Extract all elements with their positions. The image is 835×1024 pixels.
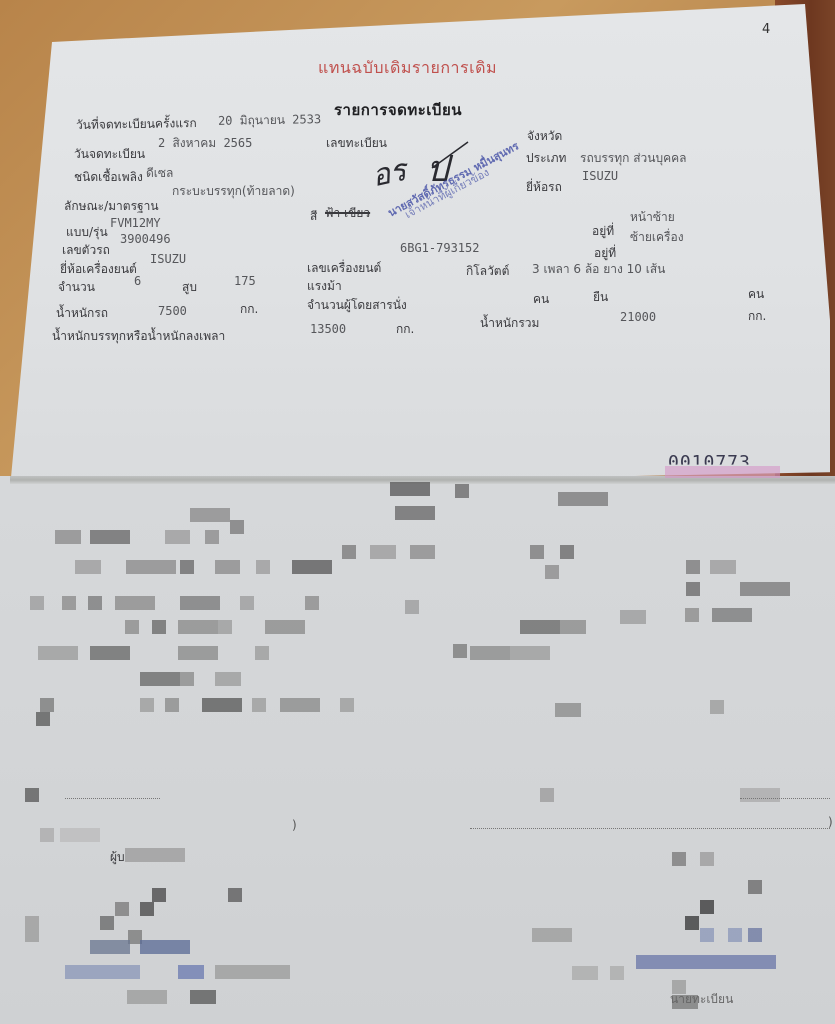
- redaction-pixel: [115, 902, 129, 916]
- chassis-location-value: หน้าซ้าย: [630, 208, 675, 227]
- redaction-pixel: [36, 712, 50, 726]
- cylinders-value: 6: [134, 274, 141, 288]
- redaction-pixel: [40, 698, 54, 712]
- redaction-pixel: [190, 990, 216, 1004]
- redaction-pixel: [712, 608, 752, 622]
- vehicle-weight-value: 7500: [158, 304, 187, 318]
- redaction-pixel: [140, 698, 154, 712]
- redaction-pixel: [728, 928, 742, 942]
- first-registration-label: วันที่จดทะเบียนครั้งแรก: [76, 114, 197, 135]
- engine-number-value: 6BG1-793152: [400, 241, 479, 255]
- redaction-pixel: [205, 530, 219, 544]
- dotted-line: [470, 828, 830, 829]
- redaction-pixel: [90, 646, 130, 660]
- redaction-pixel: [636, 955, 776, 969]
- redaction-pixel: [215, 560, 240, 574]
- dotted-line: [740, 798, 830, 799]
- passengers-label: จำนวนผู้โดยสารนั่ง: [307, 296, 407, 315]
- redaction-pixel: [700, 852, 714, 866]
- section-title: รายการจดทะเบียน: [334, 98, 462, 122]
- redaction-pixel: [215, 965, 290, 979]
- redaction-pixel: [532, 928, 572, 942]
- fuel-type-label: ชนิดเชื้อเพลิง: [74, 168, 143, 187]
- redaction-pixel: [125, 620, 139, 634]
- redaction-pixel: [127, 990, 167, 1004]
- redaction-pixel: [470, 646, 510, 660]
- redaction-pixel: [140, 672, 180, 686]
- standing-label: ยืน: [593, 288, 608, 307]
- engine-number-label: เลขเครื่องยนต์: [307, 259, 381, 278]
- redaction-pixel: [453, 644, 467, 658]
- color-label: สี: [310, 207, 317, 226]
- cylinders-label: จำนวน: [58, 278, 95, 297]
- color-value-struck: ฟ้า เขียว: [325, 204, 370, 223]
- redaction-pixel: [280, 698, 320, 712]
- redaction-pixel: [710, 700, 724, 714]
- redaction-pixel: [685, 916, 699, 930]
- redaction-pixel: [686, 582, 700, 596]
- supplement-title: แทนฉบับเดิมรายการเดิม: [318, 56, 497, 81]
- redaction-pixel: [180, 596, 220, 610]
- redaction-pixel: [748, 928, 762, 942]
- redaction-pixel: [560, 545, 574, 559]
- redaction-pixel: [256, 560, 270, 574]
- redaction-pixel: [740, 582, 790, 596]
- redaction-pixel: [60, 828, 100, 842]
- redaction-pixel: [700, 928, 714, 942]
- redaction-pixel: [455, 484, 469, 498]
- cylinders-unit: สูบ: [182, 278, 197, 297]
- redaction-pixel: [178, 965, 204, 979]
- redaction-pixel: [700, 900, 714, 914]
- redaction-pixel: [255, 646, 269, 660]
- redaction-pixel: [240, 596, 254, 610]
- chassis-number-label: เลขตัวรถ: [62, 241, 110, 260]
- redaction-pixel: [40, 828, 54, 842]
- vehicle-weight-label: น้ำหนักรถ: [56, 304, 108, 323]
- redaction-pixel: [38, 646, 78, 660]
- redaction-pixel: [178, 620, 218, 634]
- registration-date-label: วันจดทะเบียน: [74, 145, 145, 164]
- kilowatt-label: กิโลวัตต์: [466, 262, 509, 281]
- passengers-unit: คน: [533, 290, 549, 309]
- redaction-pixel: [25, 916, 39, 942]
- redaction-pixel: [748, 880, 762, 894]
- redaction-pixel: [686, 560, 700, 574]
- redaction-pixel: [710, 560, 736, 574]
- closing-paren: ): [292, 818, 297, 832]
- body-style-value: กระบะบรรทุก(ท้ายลาด): [172, 182, 295, 201]
- redaction-pixel: [405, 600, 419, 614]
- redaction-pixel: [545, 565, 559, 579]
- redaction-pixel: [100, 916, 114, 930]
- payload-weight-value: 13500: [310, 322, 346, 336]
- vehicle-weight-unit: กก.: [240, 300, 258, 319]
- redaction-pixel: [520, 620, 560, 634]
- redaction-pixel: [126, 560, 176, 574]
- redaction-pixel: [572, 966, 598, 980]
- redaction-pixel: [672, 852, 686, 866]
- redaction-pixel: [88, 596, 102, 610]
- redaction-pixel: [530, 545, 544, 559]
- redaction-pixel: [305, 596, 319, 610]
- redaction-pixel: [218, 620, 232, 634]
- engine-brand-label: ยี่ห้อเครื่องยนต์: [60, 260, 137, 279]
- redaction-pixel: [90, 940, 130, 954]
- redaction-pixel: [610, 966, 624, 980]
- gross-weight-label: น้ำหนักรวม: [480, 314, 539, 333]
- redaction-pixel: [152, 888, 166, 902]
- redaction-pixel: [510, 646, 550, 660]
- gross-weight-value: 21000: [620, 310, 656, 324]
- redaction-pixel: [540, 788, 554, 802]
- redaction-pixel: [180, 672, 194, 686]
- gross-weight-unit: กก.: [748, 307, 766, 326]
- model-label: แบบ/รุ่น: [66, 223, 108, 242]
- engine-brand-value: ISUZU: [150, 252, 186, 266]
- province-label: จังหวัด: [527, 127, 562, 146]
- redaction-pixel: [190, 508, 230, 522]
- standing-unit: คน: [748, 285, 764, 304]
- horsepower-unit: แรงม้า: [307, 277, 342, 296]
- redaction-pixel: [228, 888, 242, 902]
- redaction-pixel: [390, 482, 430, 496]
- lower-label-signer: ผู้บ: [110, 848, 125, 867]
- redaction-pixel: [620, 610, 646, 624]
- redaction-pixel: [292, 560, 332, 574]
- registration-date-value: 2 สิงหาคม 2565: [158, 134, 252, 153]
- model-value: FVM12MY: [110, 216, 161, 230]
- redaction-pixel: [75, 560, 101, 574]
- redaction-pixel: [55, 530, 81, 544]
- redaction-pixel: [25, 788, 39, 802]
- axles-wheels-value: 3 เพลา 6 ล้อ ยาง 10 เส้น: [532, 260, 665, 279]
- page-number: 4: [762, 22, 770, 37]
- chassis-number-value: 3900496: [120, 232, 171, 246]
- redaction-pixel: [30, 596, 44, 610]
- redaction-pixel: [685, 608, 699, 622]
- vehicle-type-value: รถบรรทุก ส่วนบุคคล: [580, 149, 687, 168]
- redaction-pixel: [140, 902, 154, 916]
- redaction-pixel: [252, 698, 266, 712]
- redaction-pixel: [558, 492, 608, 506]
- redaction-pixel: [215, 672, 241, 686]
- chassis-location-label: อยู่ที่: [592, 222, 614, 241]
- engine-location-value: ซ้ายเครื่อง: [630, 228, 684, 247]
- redaction-pixel: [180, 560, 194, 574]
- brand-label: ยี่ห้อรถ: [526, 178, 562, 197]
- fuel-type-value: ดีเซล: [146, 164, 173, 183]
- redaction-pixel: [62, 596, 76, 610]
- registrar-label: นายทะเบียน: [670, 990, 733, 1009]
- registration-number-label: เลขทะเบียน: [326, 134, 387, 153]
- redaction-pixel: [395, 506, 435, 520]
- redaction-pixel: [165, 530, 190, 544]
- redaction-pixel: [410, 545, 435, 559]
- dotted-line: [65, 798, 160, 799]
- body-style-label: ลักษณะ/มาตรฐาน: [64, 197, 159, 216]
- redaction-pixel: [165, 698, 179, 712]
- horsepower-value: 175: [234, 274, 256, 288]
- redaction-pixel: [342, 545, 356, 559]
- first-registration-value: 20 มิถุนายน 2533: [218, 110, 321, 131]
- payload-weight-label: น้ำหนักบรรทุกหรือน้ำหนักลงเพลา: [52, 327, 225, 346]
- redaction-pixel: [555, 703, 581, 717]
- redaction-pixel: [152, 620, 166, 634]
- redaction-pixel: [125, 848, 185, 862]
- redaction-pixel: [560, 620, 586, 634]
- serial-stamp-band: [665, 466, 780, 478]
- redaction-pixel: [115, 596, 155, 610]
- redaction-pixel: [370, 545, 396, 559]
- redaction-pixel: [90, 530, 130, 544]
- brand-value: ISUZU: [582, 169, 618, 183]
- redaction-pixel: [340, 698, 354, 712]
- redaction-pixel: [140, 940, 190, 954]
- redaction-pixel: [740, 788, 780, 802]
- vehicle-type-label: ประเภท: [526, 149, 566, 168]
- redaction-pixel: [230, 520, 244, 534]
- redaction-pixel: [65, 965, 140, 979]
- redaction-pixel: [202, 698, 242, 712]
- closing-paren: ): [828, 815, 833, 829]
- redaction-pixel: [178, 646, 218, 660]
- redaction-pixel: [265, 620, 305, 634]
- payload-weight-unit: กก.: [396, 320, 414, 339]
